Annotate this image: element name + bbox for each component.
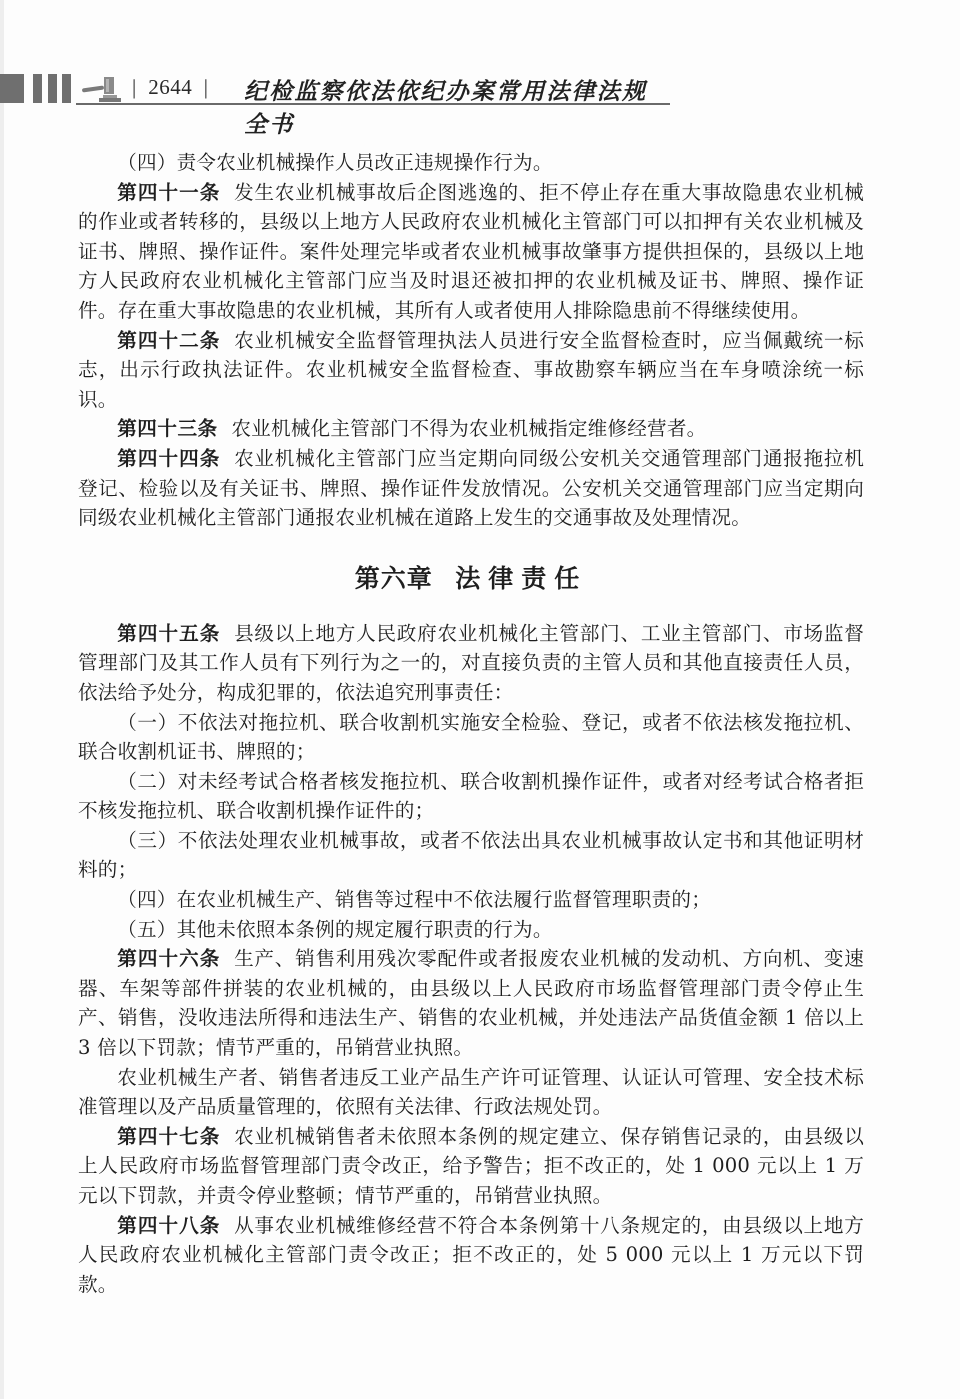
header-bar-stripe <box>62 74 71 103</box>
article-text: 农业机械化主管部门不得为农业机械指定维修经营者。 <box>231 417 706 440</box>
article-label: 第四十六条 <box>117 947 220 970</box>
chapter-number: 第六章 <box>355 564 433 593</box>
chapter-heading: 第六章法律责任 <box>78 559 864 595</box>
article-45: 第四十五条县级以上地方人民政府农业机械化主管部门、工业主管部门、市场监督管理部门… <box>78 619 864 708</box>
header-bar-stripe <box>48 74 57 103</box>
article-label: 第四十一条 <box>117 181 220 204</box>
article-48: 第四十八条从事农业机械维修经营不符合本条例第十八条规定的，由县级以上地方人民政府… <box>78 1211 864 1300</box>
running-header: | 2644 | 纪检监察依法依纪办案常用法律法规全书 <box>0 74 670 106</box>
article-label: 第四十八条 <box>117 1214 220 1237</box>
list-item: （三）不依法处理农业机械事故，或者不依法出具农业机械事故认定书和其他证明材料的； <box>78 826 864 885</box>
chapter-title: 法律责任 <box>455 564 587 593</box>
list-item: （二）对未经考试合格者核发拖拉机、联合收割机操作证件，或者对经考试合格者拒不核发… <box>78 767 864 826</box>
article-label: 第四十五条 <box>117 622 220 645</box>
article-label: 第四十二条 <box>117 329 220 352</box>
article-46: 第四十六条生产、销售利用残次零配件或者报废农业机械的发动机、方向机、变速器、车架… <box>78 944 864 1062</box>
list-item: （四）责令农业机械操作人员改正违规操作行为。 <box>78 148 864 178</box>
gavel-icon <box>82 77 126 103</box>
article-47: 第四十七条农业机械销售者未依照本条例的规定建立、保存销售记录的，由县级以上人民政… <box>78 1122 864 1211</box>
page-body: （四）责令农业机械操作人员改正违规操作行为。 第四十一条发生农业机械事故后企图逃… <box>78 148 864 1299</box>
article-label: 第四十七条 <box>117 1125 220 1148</box>
header-bar-block <box>0 74 24 103</box>
article-42: 第四十二条农业机械安全监督管理执法人员进行安全监督检查时，应当佩戴统一标志，出示… <box>78 326 864 415</box>
list-item: （一）不依法对拖拉机、联合收割机实施安全检验、登记，或者不依法核发拖拉机、联合收… <box>78 708 864 767</box>
article-46-paragraph-2: 农业机械生产者、销售者违反工业产品生产许可证管理、认证认可管理、安全技术标准管理… <box>78 1063 864 1122</box>
page-edge <box>0 0 4 1399</box>
list-item: （五）其他未依照本条例的规定履行职责的行为。 <box>78 915 864 945</box>
header-bar-stripe <box>33 74 42 103</box>
list-item: （四）在农业机械生产、销售等过程中不依法履行监督管理职责的； <box>78 885 864 915</box>
article-41: 第四十一条发生农业机械事故后企图逃逸的、拒不停止存在重大事故隐患农业机械的作业或… <box>78 178 864 326</box>
page-number: | 2644 | <box>132 75 208 100</box>
book-title: 纪检监察依法依纪办案常用法律法规全书 <box>244 73 670 139</box>
article-label: 第四十三条 <box>117 417 217 440</box>
article-label: 第四十四条 <box>117 447 220 470</box>
article-43: 第四十三条农业机械化主管部门不得为农业机械指定维修经营者。 <box>78 414 864 444</box>
article-44: 第四十四条农业机械化主管部门应当定期向同级公安机关交通管理部门通报拖拉机登记、检… <box>78 444 864 533</box>
